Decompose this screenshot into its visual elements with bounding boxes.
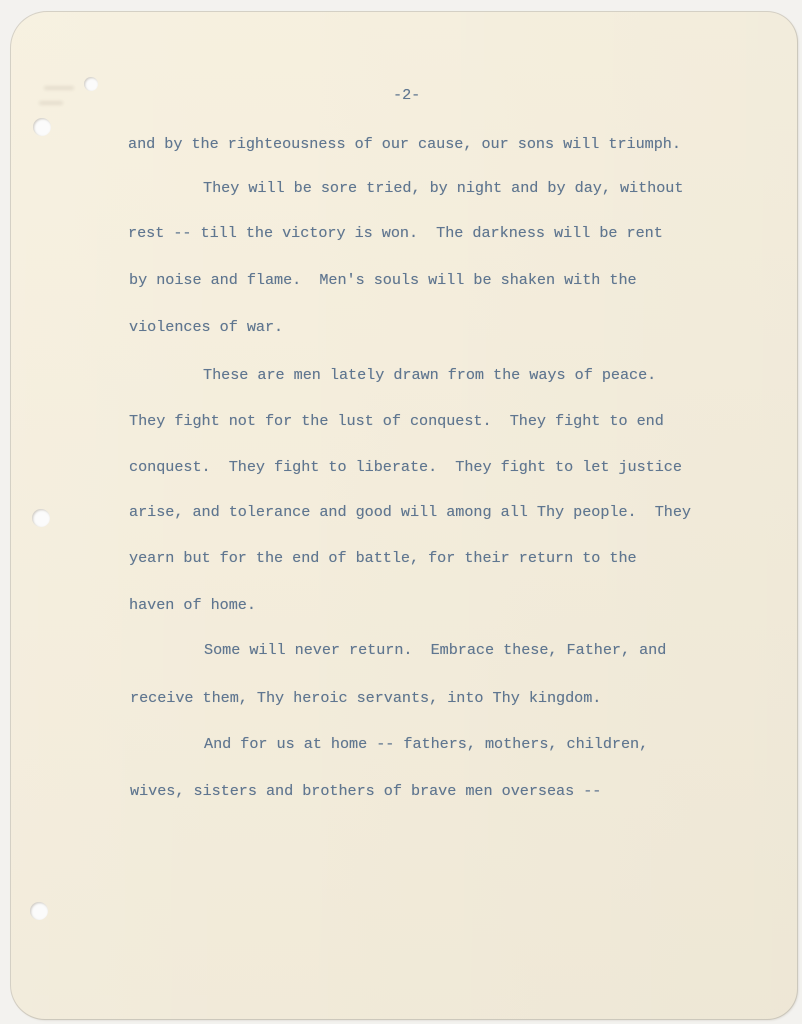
text-line: violences of war. [129,320,283,335]
text-line: arise, and tolerance and good will among… [129,505,691,520]
text-line: These are men lately drawn from the ways… [203,368,656,383]
text-line: by noise and flame. Men's souls will be … [129,273,637,288]
text-line: conquest. They fight to liberate. They f… [129,460,682,475]
scanned-page: -2- and by the righteousness of our caus… [0,0,802,1024]
punch-hole-top-small [84,77,98,91]
text-line: Some will never return. Embrace these, F… [204,643,666,658]
text-line: wives, sisters and brothers of brave men… [130,784,601,799]
text-line: And for us at home -- fathers, mothers, … [204,737,648,752]
punch-hole-bottom [30,902,48,920]
text-line: receive them, Thy heroic servants, into … [130,691,601,706]
punch-hole-middle [32,509,50,527]
text-line: and by the righteousness of our cause, o… [128,137,681,152]
text-line: yearn but for the end of battle, for the… [129,551,637,566]
text-line: haven of home. [129,598,256,613]
text-line: They will be sore tried, by night and by… [203,181,683,196]
punch-hole-top [33,118,51,136]
text-line: rest -- till the victory is won. The dar… [128,226,663,241]
paper-smudge [44,86,74,90]
paper-smudge [39,101,63,105]
page-number: -2- [393,88,420,103]
text-line: They fight not for the lust of conquest.… [129,414,664,429]
